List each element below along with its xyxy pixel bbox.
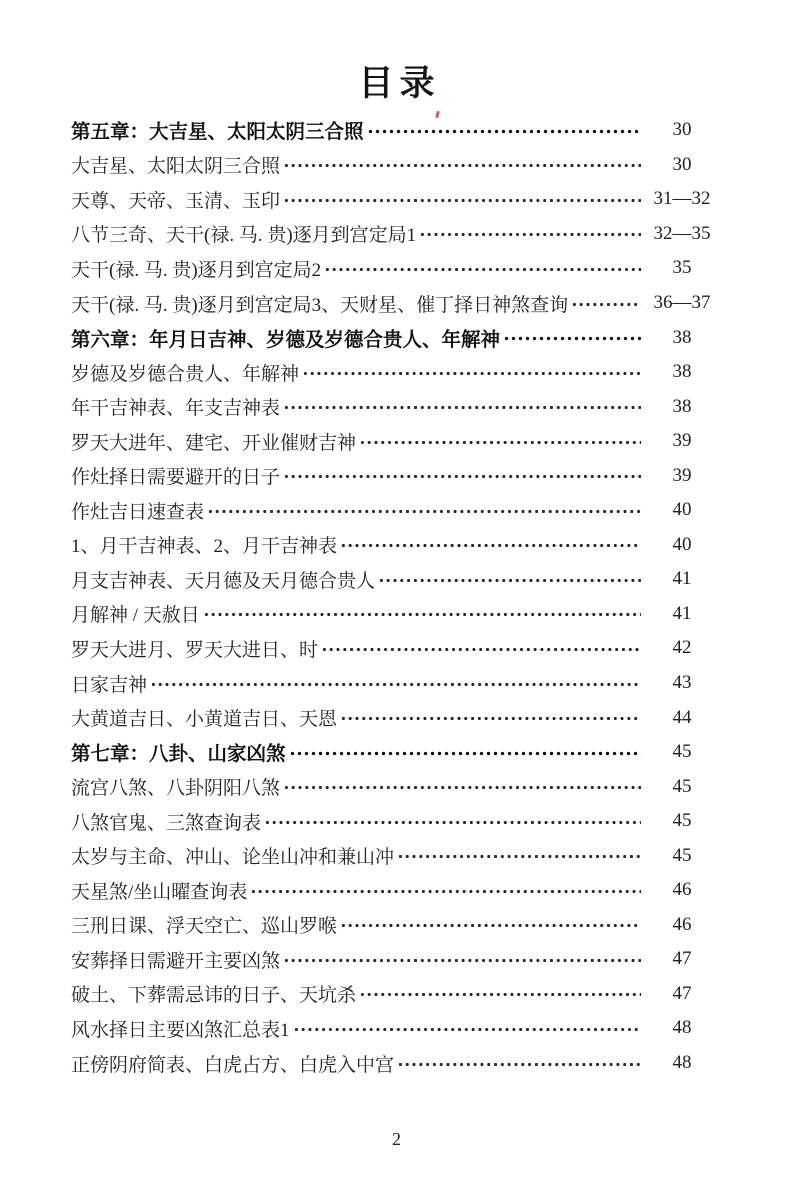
- toc-entry-row: 岁德及岁德合贵人、年解神38: [71, 355, 720, 390]
- toc-entry-row: 安葬择日需避开主要凶煞47: [71, 942, 720, 977]
- dotted-leader: [282, 783, 641, 792]
- toc-entry-page: 38: [644, 396, 720, 418]
- toc-entry-row: 流宫八煞、八卦阴阳八煞45: [71, 769, 720, 804]
- toc-entry-page: 45: [644, 810, 720, 832]
- toc-entry-row: 作灶择日需要避开的日子39: [71, 458, 720, 493]
- dotted-leader: [249, 887, 641, 896]
- dotted-leader: [570, 300, 641, 309]
- toc-entry-row: 破土、下葬需忌讳的日子、天坑杀47: [71, 977, 720, 1012]
- toc-chapter-row: 第七章：八卦、山家凶煞45: [71, 735, 720, 770]
- dotted-leader: [282, 196, 641, 205]
- toc-entry-label: 第五章：大吉星、太阳太阴三合照: [71, 116, 364, 144]
- dotted-leader: [282, 403, 641, 412]
- toc-entry-label: 破土、下葬需忌讳的日子、天坑杀: [71, 980, 356, 1007]
- toc-entry-label: 月解神 / 天赦日: [71, 600, 200, 627]
- toc-entry-label: 罗天大进月、罗天大进日、时: [71, 635, 318, 662]
- toc-entry-page: 46: [644, 879, 720, 901]
- dotted-leader: [339, 541, 641, 550]
- dotted-leader: [366, 127, 641, 136]
- toc-entry-page: 32—35: [644, 223, 720, 245]
- dotted-leader: [282, 956, 641, 965]
- toc-entry-row: 1、月干吉神表、2、月干吉神表40: [71, 528, 720, 563]
- toc-entry-page: 46: [644, 914, 720, 936]
- toc-entry-row: 八节三奇、天干(禄. 马. 贵)逐月到宫定局132—35: [71, 217, 720, 252]
- toc-entry-page: 39: [644, 465, 720, 487]
- toc-entry-label: 年干吉神表、年支吉神表: [71, 393, 280, 420]
- dotted-leader: [339, 921, 641, 930]
- dotted-leader: [358, 990, 641, 999]
- dotted-leader: [288, 749, 641, 758]
- toc-entry-label: 天干(禄. 马. 贵)逐月到宫定局2: [71, 255, 321, 282]
- toc-entry-label: 月支吉神表、天月德及天月德合贵人: [71, 566, 375, 593]
- toc-entry-row: 天干(禄. 马. 贵)逐月到宫定局3、天财星、催丁择日神煞查询36—37: [71, 286, 720, 321]
- toc-entry-row: 正傍阴府简表、白虎占方、白虎入中宫48: [71, 1046, 720, 1081]
- toc-entry-label: 安葬择日需避开主要凶煞: [71, 946, 280, 973]
- toc-entry-label: 天尊、天帝、玉清、玉印: [71, 186, 280, 213]
- toc-entry-page: 42: [644, 637, 720, 659]
- toc-entry-row: 月支吉神表、天月德及天月德合贵人41: [71, 562, 720, 597]
- dotted-leader: [377, 576, 641, 585]
- toc-entry-label: 八煞官鬼、三煞查询表: [71, 808, 261, 835]
- dotted-leader: [320, 645, 641, 654]
- dotted-leader: [263, 818, 641, 827]
- toc-entry-page: 47: [644, 948, 720, 970]
- toc-entry-page: 39: [644, 430, 720, 452]
- toc-entry-label: 第七章：八卦、山家凶煞: [71, 738, 286, 766]
- footer-page-number: 2: [0, 1129, 793, 1150]
- toc-entry-row: 天干(禄. 马. 贵)逐月到宫定局235: [71, 251, 720, 286]
- toc-entry-label: 大黄道吉日、小黄道吉日、天恩: [71, 704, 337, 731]
- dotted-leader: [396, 852, 641, 861]
- toc-entry-page: 48: [644, 1052, 720, 1074]
- toc-entry-page: 30: [644, 119, 720, 141]
- toc-entry-label: 作灶吉日速查表: [71, 497, 204, 524]
- toc-entry-row: 风水择日主要凶煞汇总表148: [71, 1011, 720, 1046]
- toc-entry-page: 44: [644, 707, 720, 729]
- dotted-leader: [206, 507, 641, 516]
- toc-entry-page: 43: [644, 672, 720, 694]
- toc-entry-label: 八节三奇、天干(禄. 马. 贵)逐月到宫定局1: [71, 220, 416, 247]
- toc-entry-row: 天尊、天帝、玉清、玉印31—32: [71, 182, 720, 217]
- toc-entry-label: 作灶择日需要避开的日子: [71, 462, 280, 489]
- toc-entry-label: 岁德及岁德合贵人、年解神: [71, 359, 299, 386]
- toc-entry-page: 48: [644, 1017, 720, 1039]
- dotted-leader: [358, 438, 641, 447]
- toc-entry-label: 日家吉神: [71, 670, 147, 697]
- dotted-leader: [396, 1060, 641, 1069]
- toc-entry-page: 31—32: [644, 188, 720, 210]
- toc-entry-row: 大吉星、太阳太阴三合照30: [71, 148, 720, 183]
- toc-entry-label: 流宫八煞、八卦阴阳八煞: [71, 773, 280, 800]
- toc-entry-page: 41: [644, 568, 720, 590]
- toc-entry-label: 天干(禄. 马. 贵)逐月到宫定局3、天财星、催丁择日神煞查询: [71, 290, 568, 317]
- dotted-leader: [339, 714, 641, 723]
- toc-entry-row: 罗天大进年、建宅、开业催财吉神39: [71, 424, 720, 459]
- dotted-leader: [323, 265, 641, 274]
- toc-chapter-row: 第五章：大吉星、太阳太阴三合照30: [71, 113, 720, 148]
- toc-chapter-row: 第六章：年月日吉神、岁德及岁德合贵人、年解神38: [71, 320, 720, 355]
- toc-entry-page: 38: [644, 327, 720, 349]
- dotted-leader: [502, 334, 641, 343]
- toc-entry-page: 36—37: [644, 292, 720, 314]
- toc-entry-page: 40: [644, 499, 720, 521]
- toc-entry-row: 太岁与主命、冲山、论坐山冲和兼山冲45: [71, 838, 720, 873]
- toc-entry-page: 45: [644, 845, 720, 867]
- toc-entry-page: 38: [644, 361, 720, 383]
- toc-entry-label: 天星煞/坐山曜查询表: [71, 877, 247, 904]
- toc-entry-page: 30: [644, 154, 720, 176]
- toc-entry-page: 45: [644, 741, 720, 763]
- toc-entry-page: 35: [644, 257, 720, 279]
- dotted-leader: [202, 610, 641, 619]
- dotted-leader: [418, 230, 641, 239]
- toc-entry-row: 作灶吉日速查表40: [71, 493, 720, 528]
- dotted-leader: [282, 472, 641, 481]
- toc-entry-page: 47: [644, 983, 720, 1005]
- toc-entry-row: 三刑日课、浮天空亡、巡山罗喉46: [71, 908, 720, 943]
- toc-entry-row: 八煞官鬼、三煞查询表45: [71, 804, 720, 839]
- page-title: 目录: [0, 0, 793, 106]
- toc-entry-label: 1、月干吉神表、2、月干吉神表: [71, 531, 337, 558]
- toc-entry-row: 大黄道吉日、小黄道吉日、天恩44: [71, 700, 720, 735]
- toc-entry-row: 罗天大进月、罗天大进日、时42: [71, 631, 720, 666]
- toc-entry-row: 月解神 / 天赦日41: [71, 597, 720, 632]
- toc-entry-page: 41: [644, 603, 720, 625]
- toc-list: 第五章：大吉星、太阳太阴三合照30大吉星、太阳太阴三合照30天尊、天帝、玉清、玉…: [71, 113, 720, 1080]
- toc-entry-row: 日家吉神43: [71, 666, 720, 701]
- toc-entry-label: 第六章：年月日吉神、岁德及岁德合贵人、年解神: [71, 324, 500, 352]
- toc-entry-row: 年干吉神表、年支吉神表38: [71, 389, 720, 424]
- scanned-document-page: 目录 第五章：大吉星、太阳太阴三合照30大吉星、太阳太阴三合照30天尊、天帝、玉…: [0, 0, 793, 1180]
- toc-entry-label: 罗天大进年、建宅、开业催财吉神: [71, 428, 356, 455]
- toc-entry-label: 三刑日课、浮天空亡、巡山罗喉: [71, 911, 337, 938]
- toc-entry-page: 45: [644, 776, 720, 798]
- dotted-leader: [292, 1025, 641, 1034]
- toc-entry-label: 太岁与主命、冲山、论坐山冲和兼山冲: [71, 842, 394, 869]
- dotted-leader: [282, 161, 641, 170]
- toc-entry-label: 风水择日主要凶煞汇总表1: [71, 1015, 290, 1042]
- dotted-leader: [301, 369, 641, 378]
- dotted-leader: [149, 680, 641, 689]
- toc-entry-label: 大吉星、太阳太阴三合照: [71, 151, 280, 178]
- toc-entry-page: 40: [644, 534, 720, 556]
- toc-entry-label: 正傍阴府简表、白虎占方、白虎入中宫: [71, 1050, 394, 1077]
- toc-entry-row: 天星煞/坐山曜查询表46: [71, 873, 720, 908]
